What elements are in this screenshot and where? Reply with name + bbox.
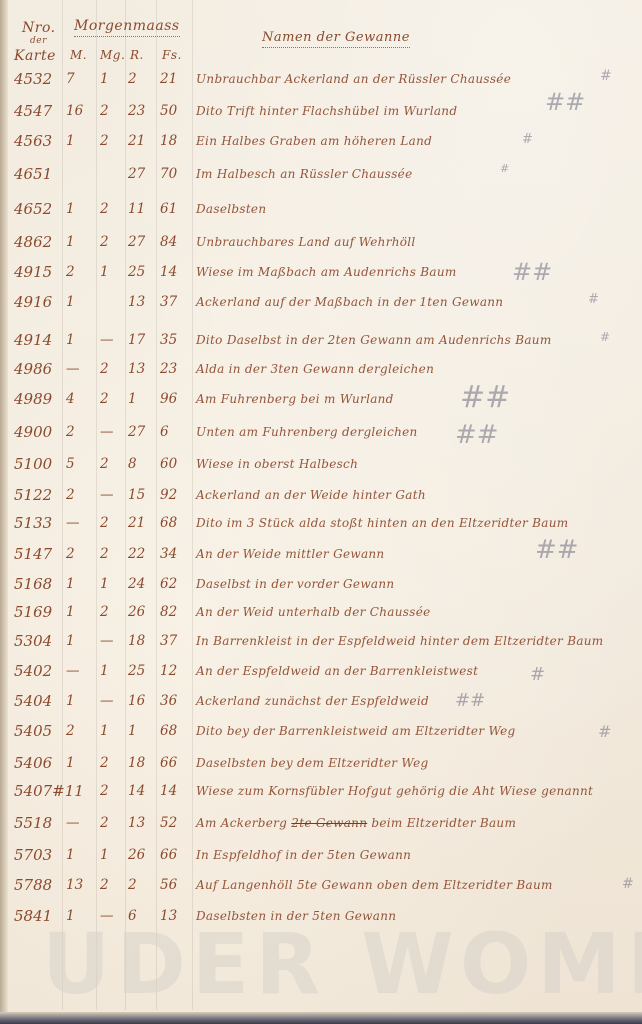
description-text: Am Ackerberg (196, 816, 287, 830)
description-text: Unbrauchbares Land auf Wehrhöll (196, 235, 416, 249)
gewann-description: Unbrauchbares Land auf Wehrhöll (196, 231, 416, 253)
parcel-number: 5404 (14, 690, 66, 712)
area-ruthen: 26 (128, 844, 154, 866)
parcel-number: 5402 (14, 660, 66, 682)
description-text: An der Weid unterhalb der Chaussée (196, 605, 431, 619)
area-fuss: 60 (160, 453, 188, 475)
table-row: 5402—12512An der Espfeldweid an der Barr… (0, 660, 642, 690)
description-text: Wiese in oberst Halbesch (196, 457, 358, 471)
description-text: Daselbst in der vorder Gewann (196, 577, 394, 591)
area-ruthen: 24 (128, 573, 154, 595)
parcel-number: 4986 (14, 358, 66, 380)
pencil-tally-mark-icon: ## (460, 380, 510, 415)
parcel-number: 5168 (14, 573, 66, 595)
area-viertel: — (100, 690, 122, 712)
area-fuss: 61 (160, 198, 188, 220)
description-text: An der Weide mittler Gewann (196, 547, 384, 561)
area-morgen: — (66, 660, 92, 682)
area-morgen: 1 (66, 690, 92, 712)
table-row: 4986—21323Alda in der 3ten Gewann dergle… (0, 358, 642, 388)
pencil-tally-mark-icon: ## (455, 690, 485, 711)
area-fuss: 70 (160, 163, 188, 185)
table-row: 491611337Ackerland auf der Maßbach in de… (0, 291, 642, 321)
area-fuss: 96 (160, 388, 188, 410)
area-morgen: 2 (66, 543, 92, 565)
parcel-number: 4563 (14, 130, 66, 152)
area-morgen: 1 (66, 630, 92, 652)
table-row: 53041—1837In Barrenkleist in der Espfeld… (0, 630, 642, 660)
table-row: 46512770Im Halbesch an Rüssler Chaussée (0, 163, 642, 193)
pencil-tally-mark-icon: ## (535, 535, 579, 565)
area-ruthen: 8 (128, 453, 154, 475)
header-unit-mg: Mg. (100, 48, 125, 62)
area-morgen: 1 (66, 130, 92, 152)
gewann-description: Alda in der 3ten Gewann dergleichen (196, 358, 434, 380)
area-ruthen: 25 (128, 261, 154, 283)
parcel-number: 4915 (14, 261, 66, 283)
area-morgen: 1 (66, 573, 92, 595)
area-fuss: 84 (160, 231, 188, 253)
pencil-tally-mark-icon: ## (512, 258, 552, 286)
area-morgen: 1 (66, 752, 92, 774)
area-morgen: 4 (66, 388, 92, 410)
pencil-tally-mark-icon: # (500, 162, 509, 175)
area-fuss: 6 (160, 421, 188, 443)
description-text: Im Halbesch an Rüssler Chaussée (196, 167, 412, 181)
table-row: 540521168Dito bey der Barrenkleistweid a… (0, 720, 642, 750)
area-ruthen: 22 (128, 543, 154, 565)
area-morgen: 1 (66, 601, 92, 623)
parcel-number: 4916 (14, 291, 66, 313)
area-morgen: 1 (66, 231, 92, 253)
table-row: 4862122784Unbrauchbares Land auf Wehrhöl… (0, 231, 642, 261)
area-ruthen: 18 (128, 752, 154, 774)
area-viertel: 2 (100, 198, 122, 220)
area-ruthen: 23 (128, 100, 154, 122)
area-fuss: 92 (160, 484, 188, 506)
area-ruthen: 11 (128, 198, 154, 220)
area-morgen: 16 (66, 100, 92, 122)
gewann-description: An der Weide mittler Gewann (196, 543, 384, 565)
area-ruthen: 2 (128, 874, 154, 896)
area-viertel: 2 (100, 130, 122, 152)
parcel-number: 5405 (14, 720, 66, 742)
parcel-number: 4547 (14, 100, 66, 122)
parcel-number: 5147 (14, 543, 66, 565)
gewann-description: Ackerland auf der Maßbach in der 1ten Ge… (196, 291, 503, 313)
area-ruthen: 27 (128, 231, 154, 253)
header-number-sublabel: der (30, 36, 47, 46)
area-fuss: 35 (160, 329, 188, 351)
area-fuss: 68 (160, 720, 188, 742)
description-text: Daselbsten (196, 202, 266, 216)
gewann-description: Dito Daselbst in der 2ten Gewann am Aude… (196, 329, 552, 351)
area-viertel: 2 (100, 231, 122, 253)
description-text: Dito bey der Barrenkleistweid am Eltzeri… (196, 724, 516, 738)
table-row: 498942196Am Fuhrenberg bei m Wurland (0, 388, 642, 418)
area-ruthen: 13 (128, 812, 154, 834)
gewann-description: Ackerland zunächst der Espfeldweid (196, 690, 429, 712)
area-viertel: 2 (100, 358, 122, 380)
gewann-description: Am Ackerberg 2te Gewann beim Eltzeridter… (196, 812, 516, 834)
gewann-description: Auf Langenhöll 5te Gewann oben dem Eltze… (196, 874, 553, 896)
watermark: UDER WOMMER (42, 915, 642, 1013)
area-fuss: 12 (160, 660, 188, 682)
area-viertel: 2 (100, 780, 122, 802)
description-text: Wiese zum Kornsfübler Hofgut gehörig die… (196, 784, 593, 798)
area-morgen: — (66, 358, 92, 380)
parcel-number: 5133 (14, 512, 66, 534)
table-row: 49141—1735Dito Daselbst in der 2ten Gewa… (0, 329, 642, 359)
area-viertel: 1 (100, 720, 122, 742)
pencil-tally-mark-icon: # (522, 132, 533, 147)
gewann-description: Ein Halbes Graben am höheren Land (196, 130, 432, 152)
area-fuss: 66 (160, 844, 188, 866)
table-row: 5406121866Daselbsten bey dem Eltzeridter… (0, 752, 642, 782)
table-row: 4652121161Daselbsten (0, 198, 642, 228)
table-row: 54041—1636Ackerland zunächst der Espfeld… (0, 690, 642, 720)
area-fuss: 50 (160, 100, 188, 122)
area-fuss: 21 (160, 68, 188, 90)
gewann-description: Daselbsten bey dem Eltzeridter Weg (196, 752, 428, 774)
area-morgen: 1 (66, 291, 92, 313)
table-row: 51222—1592Ackerland an der Weide hinter … (0, 484, 642, 514)
table-row: 510052860Wiese in oberst Halbesch (0, 453, 642, 483)
area-viertel: 1 (100, 261, 122, 283)
area-ruthen: 16 (128, 690, 154, 712)
description-tail: beim Eltzeridter Baum (371, 816, 516, 830)
area-ruthen: 14 (128, 780, 154, 802)
pencil-tally-mark-icon: # (530, 664, 545, 685)
area-viertel: 2 (100, 601, 122, 623)
area-viertel: 2 (100, 512, 122, 534)
area-fuss: 68 (160, 512, 188, 534)
parcel-number: 4651 (14, 163, 66, 185)
area-morgen: — (66, 812, 92, 834)
area-viertel: 1 (100, 660, 122, 682)
pencil-tally-mark-icon: # (600, 68, 612, 84)
parcel-number: 5788 (14, 874, 66, 896)
parcel-number: 5304 (14, 630, 66, 652)
description-text: An der Espfeldweid an der Barrenkleistwe… (196, 664, 478, 678)
area-viertel: 1 (100, 68, 122, 90)
table-row: 5518—21352Am Ackerberg 2te Gewann beim E… (0, 812, 642, 842)
area-morgen: 2 (66, 261, 92, 283)
area-fuss: 23 (160, 358, 188, 380)
gewann-description: Am Fuhrenberg bei m Wurland (196, 388, 394, 410)
area-ruthen: 15 (128, 484, 154, 506)
area-morgen: 1 (66, 844, 92, 866)
table-row: 5168112462Daselbst in der vorder Gewann (0, 573, 642, 603)
area-viertel: — (100, 329, 122, 351)
gewann-description: In Espfeldhof in der 5ten Gewann (196, 844, 411, 866)
parcel-number: 5169 (14, 601, 66, 623)
area-morgen: 5 (66, 453, 92, 475)
gewann-description: Wiese im Maßbach am Audenrichs Baum (196, 261, 457, 283)
gewann-description: An der Weid unterhalb der Chaussée (196, 601, 431, 623)
area-morgen: 7 (66, 68, 92, 90)
area-ruthen: 21 (128, 130, 154, 152)
area-ruthen: 13 (128, 291, 154, 313)
header-unit-fs: Fs. (162, 48, 182, 62)
description-text: Alda in der 3ten Gewann dergleichen (196, 362, 434, 376)
area-morgen: 1 (66, 329, 92, 351)
description-text: Wiese im Maßbach am Audenrichs Baum (196, 265, 457, 279)
table-row: 5169122682An der Weid unterhalb der Chau… (0, 601, 642, 631)
gewann-description: Ackerland an der Weide hinter Gath (196, 484, 426, 506)
area-morgen: 2 (66, 421, 92, 443)
area-ruthen: 18 (128, 630, 154, 652)
parcel-number: 4652 (14, 198, 66, 220)
description-text: Unten am Fuhrenberg dergleichen (196, 425, 418, 439)
parcel-number: 4900 (14, 421, 66, 443)
header-number-label: Nro. (22, 20, 56, 36)
area-viertel: 2 (100, 543, 122, 565)
pencil-tally-mark-icon: # (600, 330, 610, 344)
pencil-tally-mark-icon: # (588, 292, 599, 307)
area-ruthen: 21 (128, 512, 154, 534)
description-text: Ackerland an der Weide hinter Gath (196, 488, 426, 502)
area-fuss: 82 (160, 601, 188, 623)
area-fuss: 37 (160, 291, 188, 313)
area-fuss: 62 (160, 573, 188, 595)
area-morgen: 1 (66, 198, 92, 220)
area-ruthen: 2 (128, 68, 154, 90)
header-gewann-name-label: Namen der Gewanne (262, 30, 410, 48)
header-unit-m: M. (70, 48, 87, 62)
area-fuss: 37 (160, 630, 188, 652)
area-viertel: 2 (100, 812, 122, 834)
area-viertel: 2 (100, 388, 122, 410)
area-ruthen: 1 (128, 388, 154, 410)
page-bottom-edge (0, 1012, 642, 1024)
area-viertel: 2 (100, 752, 122, 774)
gewann-description: Wiese in oberst Halbesch (196, 453, 358, 475)
table-row: 4563122118Ein Halbes Graben am höheren L… (0, 130, 642, 160)
area-ruthen: 17 (128, 329, 154, 351)
parcel-number: 4914 (14, 329, 66, 351)
area-fuss: 14 (160, 780, 188, 802)
gewann-description: Unten am Fuhrenberg dergleichen (196, 421, 418, 443)
pencil-tally-mark-icon: # (622, 876, 634, 892)
parcel-number: 5122 (14, 484, 66, 506)
table-row: 5703112666In Espfeldhof in der 5ten Gewa… (0, 844, 642, 874)
area-fuss: 34 (160, 543, 188, 565)
gewann-description: Daselbst in der vorder Gewann (196, 573, 394, 595)
area-viertel: 2 (100, 100, 122, 122)
parcel-number: 4989 (14, 388, 66, 410)
area-fuss: 14 (160, 261, 188, 283)
description-text: Dito Trift hinter Flachshübel im Wurland (196, 104, 457, 118)
description-text: Dito Daselbst in der 2ten Gewann am Aude… (196, 333, 552, 347)
area-fuss: 36 (160, 690, 188, 712)
area-viertel: — (100, 421, 122, 443)
area-viertel: 1 (100, 573, 122, 595)
description-text: Am Fuhrenberg bei m Wurland (196, 392, 394, 406)
area-viertel: 2 (100, 453, 122, 475)
area-fuss: 18 (160, 130, 188, 152)
description-text: Dito im 3 Stück alda stoßt hinten an den… (196, 516, 568, 530)
header-unit-r: R. (130, 48, 144, 62)
header-area-label: Morgenmaass (74, 18, 180, 37)
area-fuss: 56 (160, 874, 188, 896)
gewann-description: An der Espfeldweid an der Barrenkleistwe… (196, 660, 478, 682)
description-text: Unbrauchbar Ackerland an der Rüssler Cha… (196, 72, 511, 86)
area-fuss: 66 (160, 752, 188, 774)
parcel-number: 5407#11 (14, 780, 66, 802)
description-text: Ein Halbes Graben am höheren Land (196, 134, 432, 148)
area-viertel: — (100, 630, 122, 652)
table-row: 5407#1121414Wiese zum Kornsfübler Hofgut… (0, 780, 642, 810)
table-row: 49002—276Unten am Fuhrenberg dergleichen (0, 421, 642, 451)
area-viertel: 1 (100, 844, 122, 866)
pencil-tally-mark-icon: # (598, 722, 611, 741)
area-morgen: 2 (66, 484, 92, 506)
gewann-description: Unbrauchbar Ackerland an der Rüssler Cha… (196, 68, 511, 90)
parcel-number: 4862 (14, 231, 66, 253)
area-ruthen: 13 (128, 358, 154, 380)
description-text: In Barrenkleist in der Espfeldweid hinte… (196, 634, 604, 648)
gewann-description: Daselbsten (196, 198, 266, 220)
area-viertel: — (100, 484, 122, 506)
area-ruthen: 27 (128, 163, 154, 185)
gewann-description: Dito Trift hinter Flachshübel im Wurland (196, 100, 457, 122)
ledger-page: Nro. der Karte Morgenmaass M. Mg. R. Fs.… (0, 0, 642, 1024)
parcel-number: 4532 (14, 68, 66, 90)
area-ruthen: 25 (128, 660, 154, 682)
header-number-sublabel-2: Karte (14, 48, 56, 64)
area-morgen: 13 (66, 874, 92, 896)
parcel-number: 5518 (14, 812, 66, 834)
description-text: Daselbsten bey dem Eltzeridter Weg (196, 756, 428, 770)
area-morgen: — (66, 512, 92, 534)
pencil-tally-mark-icon: ## (455, 420, 499, 450)
description-text: Auf Langenhöll 5te Gewann oben dem Eltze… (196, 878, 553, 892)
area-morgen: 2 (66, 720, 92, 742)
area-viertel: 2 (100, 874, 122, 896)
table-row: 5788132256Auf Langenhöll 5te Gewann oben… (0, 874, 642, 904)
pencil-tally-mark-icon: ## (545, 88, 585, 116)
description-text: Ackerland auf der Maßbach in der 1ten Ge… (196, 295, 503, 309)
parcel-number: 5703 (14, 844, 66, 866)
area-ruthen: 26 (128, 601, 154, 623)
parcel-number: 5406 (14, 752, 66, 774)
gewann-description: In Barrenkleist in der Espfeldweid hinte… (196, 630, 604, 652)
description-text: Ackerland zunächst der Espfeldweid (196, 694, 429, 708)
area-ruthen: 27 (128, 421, 154, 443)
area-fuss: 52 (160, 812, 188, 834)
area-ruthen: 1 (128, 720, 154, 742)
gewann-description: Im Halbesch an Rüssler Chaussée (196, 163, 412, 185)
parcel-number: 5100 (14, 453, 66, 475)
gewann-description: Dito im 3 Stück alda stoßt hinten an den… (196, 512, 568, 534)
gewann-description: Dito bey der Barrenkleistweid am Eltzeri… (196, 720, 516, 742)
gewann-description: Wiese zum Kornsfübler Hofgut gehörig die… (196, 780, 593, 802)
struck-out-text: 2te Gewann (291, 816, 367, 830)
description-text: In Espfeldhof in der 5ten Gewann (196, 848, 411, 862)
